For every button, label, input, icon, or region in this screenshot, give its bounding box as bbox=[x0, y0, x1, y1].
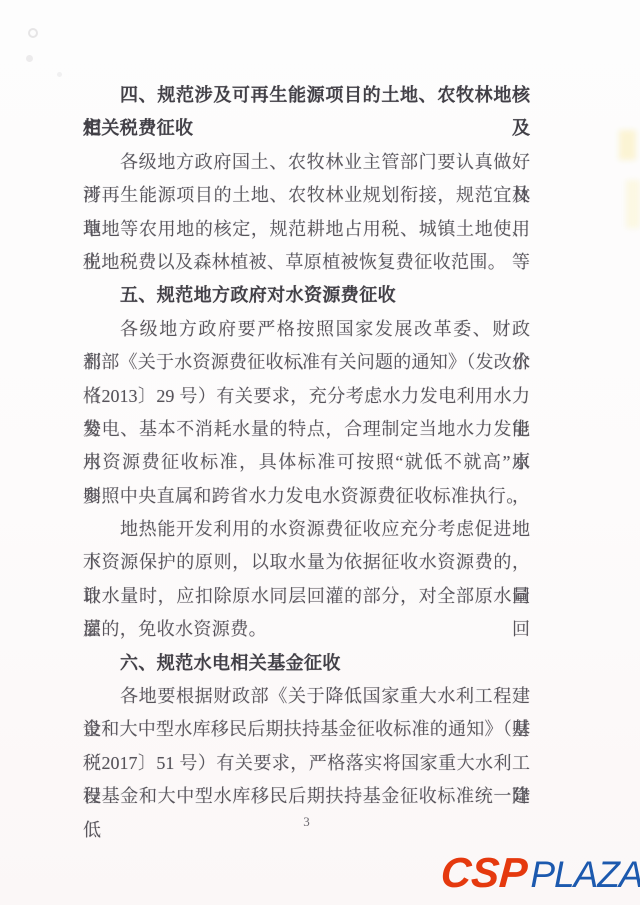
paragraph-line: 各级地方政府国土、农牧林业主管部门要认真做好涉及 bbox=[83, 146, 530, 179]
paragraph-line: 土地税费以及森林植被、草原植被恢复费征收范围。 bbox=[83, 246, 530, 279]
csp-plaza-logo: CSP PLAZA bbox=[441, 853, 640, 895]
document-body: 四、规范涉及可再生能源项目的土地、农牧林地核定及 相关税费征收 各级地方政府国土… bbox=[83, 79, 530, 814]
paragraph-line: 水资源保护的原则，以取水量为依据征收水资源费的，计量 bbox=[83, 546, 530, 579]
scan-artifact bbox=[57, 72, 62, 77]
scan-smudge bbox=[619, 130, 636, 160]
paragraph-line: 可再生能源项目的土地、农牧林业规划衔接，规范宜林地、 bbox=[83, 179, 530, 212]
paragraph-line: 设基金和大中型水库移民后期扶持基金征收标准统一降低 bbox=[83, 780, 530, 813]
scan-artifact bbox=[26, 55, 33, 62]
scan-smudge bbox=[626, 180, 640, 228]
scan-artifact bbox=[28, 28, 38, 38]
paragraph-line: 金和大中型水库移民后期扶持基金征收标准的通知》（财税 bbox=[83, 713, 530, 746]
paragraph-line: 草地等农用地的核定，规范耕地占用税、城镇土地使用税等 bbox=[83, 213, 530, 246]
paragraph-line: 各地要根据财政部《关于降低国家重大水利工程建设基 bbox=[83, 680, 530, 713]
paragraph-line: 参照中央直属和跨省水力发电水资源费征收标准执行。 bbox=[83, 480, 530, 513]
paragraph-line: 〔2017〕51 号）有关要求，严格落实将国家重大水利工程建 bbox=[83, 747, 530, 780]
paragraph-line: 〔2013〕29 号）有关要求，充分考虑水力发电利用水力势能 bbox=[83, 380, 530, 413]
scanned-document-page: 四、规范涉及可再生能源项目的土地、农牧林地核定及 相关税费征收 各级地方政府国土… bbox=[0, 0, 640, 905]
section-5-heading: 五、规范地方政府对水资源费征收 bbox=[83, 279, 530, 312]
paragraph-line: 水资源费征收标准，具体标准可按照“就低不就高”原则， bbox=[83, 446, 530, 479]
paragraph-line: 取水量时，应扣除原水同层回灌的部分，对全部原水同层回 bbox=[83, 580, 530, 613]
paragraph-line: 利部《关于水资源费征收标准有关问题的通知》（发改价格 bbox=[83, 346, 530, 379]
paragraph-line: 各级地方政府要严格按照国家发展改革委、财政部、水 bbox=[83, 313, 530, 346]
page-number: 3 bbox=[83, 813, 530, 831]
paragraph-line: 地热能开发利用的水资源费征收应充分考虑促进地下 bbox=[83, 513, 530, 546]
section-4-heading: 四、规范涉及可再生能源项目的土地、农牧林地核定及 bbox=[83, 79, 530, 112]
section-6-heading: 六、规范水电相关基金征收 bbox=[83, 647, 530, 680]
paragraph-line: 发电、基本不消耗水量的特点，合理制定当地水力发电用水 bbox=[83, 413, 530, 446]
logo-csp-text: CSP bbox=[440, 853, 529, 893]
logo-plaza-text: PLAZA bbox=[530, 855, 640, 895]
